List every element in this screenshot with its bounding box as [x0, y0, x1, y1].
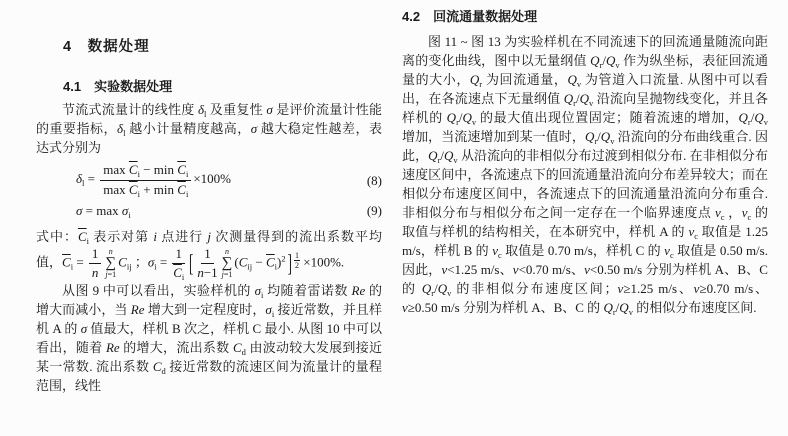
equation-8-number: (8): [367, 171, 382, 190]
paragraph-figure-discussion: 从图 9 中可以看出，实验样机的 σi 均随着雷诺数 Re 的增大而减小，当 R…: [36, 281, 382, 395]
paragraph-definitions: 式中：Ci 表示对第 i 点进行 j 次测量得到的流出系数平均值，Ci = 1n…: [36, 227, 382, 281]
left-column: 4 数据处理 4.1 实验数据处理 节流式流量计的线性度 δl 及重复性 σ 是…: [36, 38, 382, 395]
section-heading-4: 4 数据处理: [63, 38, 382, 56]
equation-8: δl = max Ci − min Cimax Ci + min Ci×100%…: [36, 162, 382, 198]
subsection-heading-4-2: 4.2 回流通量数据处理: [402, 8, 768, 26]
paragraph-intro: 节流式流量计的线性度 δl 及重复性 σ 是评价流量计性能的重要指标，δl 越小…: [36, 100, 382, 157]
right-column: 4.2 回流通量数据处理 图 11 ~ 图 13 为实验样机在不同流速下的回流通…: [402, 8, 768, 317]
subsection-heading-4-1: 4.1 实验数据处理: [63, 78, 382, 96]
equation-9: σ = max σi (9): [36, 201, 382, 220]
paragraph-backflow-discussion: 图 11 ~ 图 13 为实验样机在不同流速下的回流通量随流向距离的变化曲线，图…: [402, 32, 768, 317]
equation-8-formula: δl = max Ci − min Cimax Ci + min Ci×100%: [76, 162, 231, 198]
equation-9-formula: σ = max σi: [76, 201, 131, 220]
document-page: 4 数据处理 4.1 实验数据处理 节流式流量计的线性度 δl 及重复性 σ 是…: [0, 0, 788, 436]
equation-9-number: (9): [367, 201, 382, 220]
